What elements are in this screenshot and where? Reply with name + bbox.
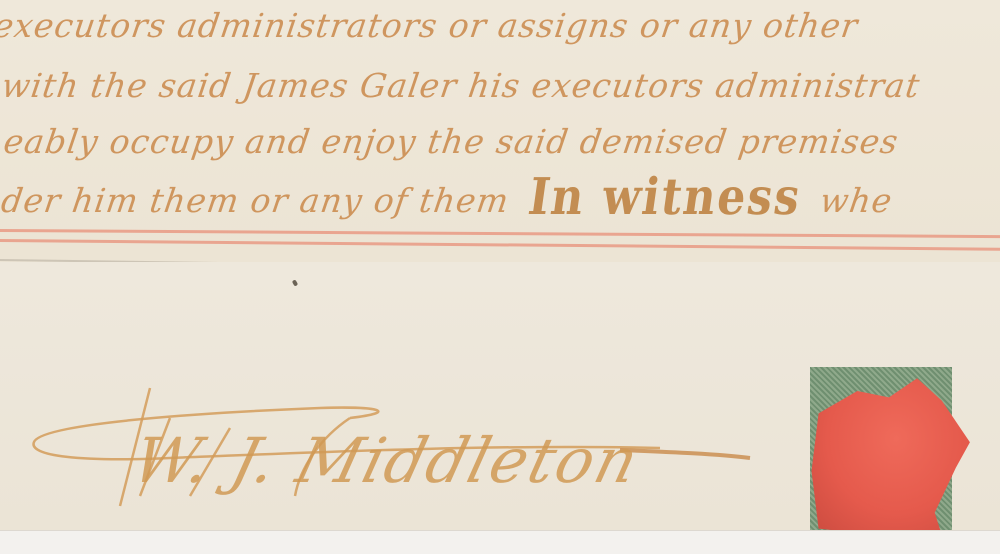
body-line-3: eably occupy and enjoy the said demised …	[1, 122, 901, 161]
body-line-4-text: der him them or any of them	[0, 181, 512, 220]
document-body: executors administrators or assigns or a…	[0, 0, 1000, 262]
body-line-4: der him them or any of them In witness w…	[0, 172, 896, 223]
signature-name: W. J. Middleton	[126, 424, 647, 497]
body-line-2: with the said James Galer his executors …	[0, 66, 923, 105]
in-witness-heading: In witness	[525, 168, 806, 227]
signature: W. J. Middleton	[20, 378, 780, 508]
document-photo: executors administrators or assigns or a…	[0, 0, 1000, 554]
wax-seal	[810, 367, 952, 533]
body-line-4-tail: whe	[818, 181, 896, 220]
mat-border	[0, 530, 1000, 554]
body-line-1: executors administrators or assigns or a…	[0, 6, 861, 45]
red-rule-line-1	[0, 229, 1000, 238]
red-rule-line-2	[0, 239, 1000, 251]
